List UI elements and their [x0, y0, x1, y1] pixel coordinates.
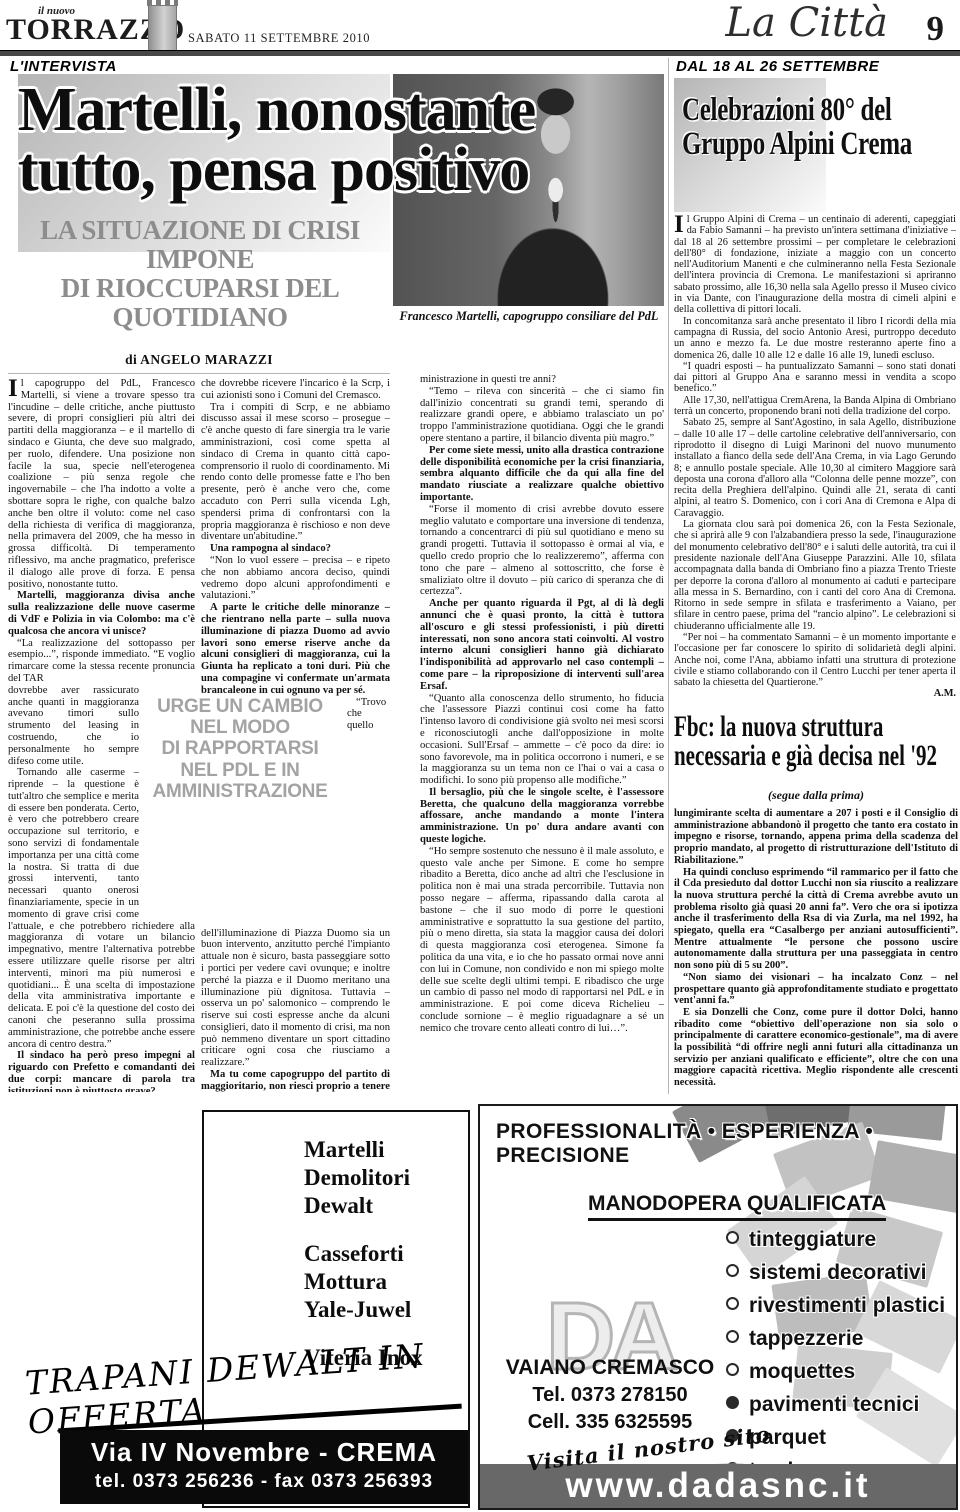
martelli-phone: tel. 0373 256236 - fax 0373 256393: [60, 1471, 468, 1493]
interview-subhead: LA SITUAZIONE DI CRISI IMPONE DI RIOCCUP…: [8, 216, 392, 332]
article-paragraph: Per come siete messi, unito alla drastic…: [420, 445, 664, 504]
article-paragraph: Sabato 25, sempre al Sant'Agostino, in s…: [674, 417, 956, 519]
article-paragraph: Il capogruppo del PdL, Francesco Martell…: [8, 378, 195, 590]
photo-caption: Francesco Martelli, capogruppo consiliar…: [395, 309, 663, 324]
alpini-headline: Celebrazioni 80° del Gruppo Alpini Crema: [682, 94, 954, 160]
issue-date: SABATO 11 SETTEMBRE 2010: [188, 31, 370, 46]
article-paragraph: “Forse il momento di crisi avrebbe dovut…: [420, 504, 664, 598]
article-paragraph: “I quadri esposti – ha puntualizzato Sam…: [674, 361, 956, 395]
service-item: tappezzerie: [726, 1327, 945, 1351]
fbc-body: lungimirante scelta di aumentare a 207 i…: [674, 808, 958, 1092]
fbc-continuation: (segue dalla prima): [674, 788, 958, 803]
article-paragraph: Martelli, maggioranza divisa anche sulla…: [8, 590, 195, 637]
article-paragraph: “Quanto alla conoscenza dello strumento,…: [420, 693, 664, 787]
article-paragraph: ministrazione in questi tre anni?: [420, 374, 664, 386]
dada-ad: DA PROFESSIONALITÀ • ESPERIENZA • PRECIS…: [478, 1104, 958, 1510]
interview-headline: Martelli, nonostante tutto, pensa positi…: [18, 80, 668, 200]
dada-subheader: MANODOPERA QUALIFICATA: [588, 1192, 886, 1221]
header-rule: [0, 50, 960, 56]
article-paragraph: Ma tu come capogruppo del partito di mag…: [201, 1069, 390, 1092]
article-paragraph: E sia Donzelli che Conz, come pure il do…: [674, 1007, 958, 1089]
dada-contact: VAIANO CREMASCO Tel. 0373 278150 Cell. 3…: [498, 1356, 722, 1434]
dada-header: PROFESSIONALITÀ • ESPERIENZA • PRECISION…: [496, 1120, 956, 1168]
article-paragraph: che dovrebbe ricevere l'incarico è la Sc…: [201, 378, 390, 402]
service-item: moquettes: [726, 1360, 945, 1384]
article-paragraph: Ha quindi concluso esprimendo “il rammar…: [674, 867, 958, 972]
service-item: rivestimenti plastici: [726, 1294, 945, 1318]
article-paragraph: “Non siamo dei visionari – ha incalzato …: [674, 972, 958, 1007]
newspaper-page: il nuovo TORRAZZO SABATO 11 SETTEMBRE 20…: [0, 0, 960, 1512]
article-paragraph: La giornata clou sarà poi domenica 26, c…: [674, 519, 956, 632]
martelli-address-bar: Via IV Novembre - CREMA tel. 0373 256236…: [60, 1430, 468, 1504]
page-number: 9: [927, 9, 945, 49]
article-paragraph: Il bersaglio, più che le singole scelte,…: [420, 787, 664, 846]
interview-kicker: L'INTERVISTA: [10, 58, 117, 75]
section-title: La Città: [725, 0, 888, 46]
article-paragraph: In concomitanza sarà anche presentato il…: [674, 316, 956, 361]
pull-quote: URGE UN CAMBIO NEL MODO DI RAPPORTARSI N…: [150, 642, 330, 856]
article-paragraph: Una rampogna al sindaco?: [201, 543, 390, 555]
martelli-product-groups: Martelli Demolitori DewaltCasseforti Mot…: [204, 1112, 468, 1372]
article-paragraph: Il sindaco ha però preso impegni al rigu…: [8, 1050, 195, 1092]
article-paragraph: Tra i compiti di Scrp, e ne abbiamo disc…: [201, 402, 390, 544]
product-group: Casseforti Mottura Yale-Juwel: [304, 1240, 468, 1324]
article-paragraph: Il Gruppo Alpini di Crema – un centinaio…: [674, 214, 956, 316]
column-3-body: ministrazione in questi tre anni?“Temo –…: [420, 374, 664, 1035]
alpini-paragraphs: Il Gruppo Alpini di Crema – un centinaio…: [674, 214, 956, 688]
dada-telephone: Tel. 0373 278150: [498, 1384, 722, 1407]
column-3: ministrazione in questi tre anni?“Temo –…: [420, 374, 664, 1092]
vertical-divider: [668, 58, 669, 1094]
service-item: pavimenti tecnici: [726, 1393, 945, 1417]
article-paragraph: Anche per quanto riguarda il Pgt, al di …: [420, 598, 664, 692]
article-paragraph: “Temo – rileva con sincerità – che ci si…: [420, 386, 664, 445]
article-paragraph: “Ho sempre sostenuto che nessuno è il ma…: [420, 846, 664, 1035]
fbc-headline: Fbc: la nuova struttura necessaria e già…: [674, 712, 960, 772]
article-paragraph: “Per noi – ha commentato Samanni – è un …: [674, 632, 956, 688]
service-item: sistemi decorativi: [726, 1261, 945, 1285]
article-paragraph: “Non lo vuol essere – precisa – e ripeto…: [201, 555, 390, 602]
column-1-top: Il capogruppo del PdL, Francesco Martell…: [8, 378, 195, 685]
martelli-address: Via IV Novembre - CREMA: [60, 1437, 468, 1468]
dada-location: VAIANO CREMASCO: [498, 1356, 722, 1380]
article-paragraph: Alle 17,30, nell'attigua CremArena, la B…: [674, 395, 956, 418]
services-list: tinteggiaturesistemi decorativirivestime…: [726, 1228, 945, 1492]
alpini-kicker: DAL 18 AL 26 SETTEMBRE: [676, 58, 879, 75]
service-item: tinteggiature: [726, 1228, 945, 1252]
tower-icon: [148, 5, 177, 53]
fbc-paragraphs: lungimirante scelta di aumentare a 207 i…: [674, 808, 958, 1089]
product-group: Martelli Demolitori Dewalt: [304, 1136, 468, 1220]
alpini-signature: A.M.: [674, 688, 956, 699]
article-paragraph: lungimirante scelta di aumentare a 207 i…: [674, 808, 958, 867]
alpini-body: Il Gruppo Alpini di Crema – un centinaio…: [674, 214, 956, 706]
byline: di ANGELO MARAZZI: [8, 352, 390, 374]
